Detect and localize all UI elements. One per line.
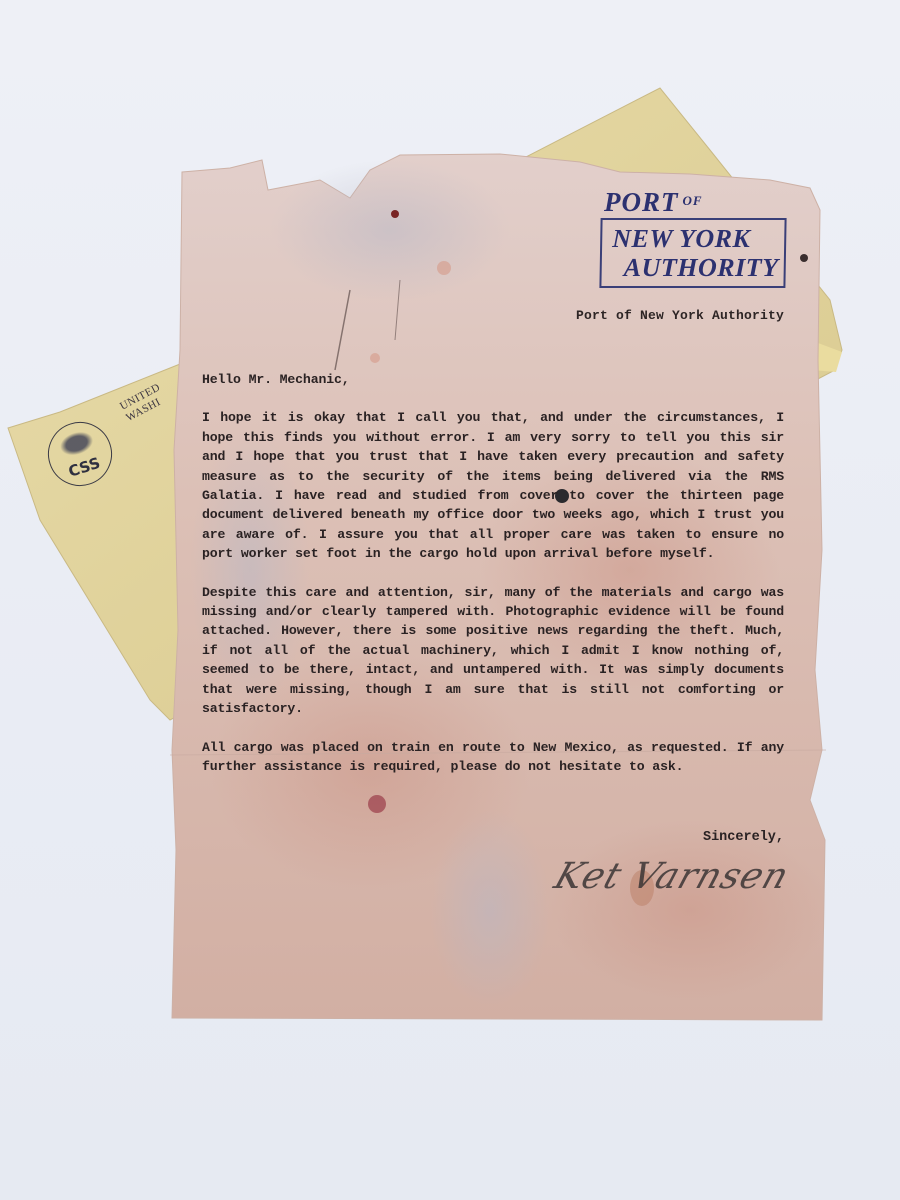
letter: PORTOF NEW YORK AUTHORITY Port of New Yo… bbox=[170, 150, 826, 1022]
sender-name: Port of New York Authority bbox=[576, 308, 784, 323]
letter-body: Hello Mr. Mechanic, I hope it is okay th… bbox=[202, 370, 784, 795]
letterhead-new-york: NEW YORK bbox=[612, 224, 777, 253]
letterhead-logo: PORTOF NEW YORK AUTHORITY bbox=[600, 186, 786, 288]
greeting: Hello Mr. Mechanic, bbox=[202, 370, 784, 389]
postmark-text: CSS bbox=[66, 454, 102, 481]
letterhead-port: PORTOF bbox=[604, 186, 786, 217]
signature: Ket Varnsen bbox=[550, 856, 795, 897]
paragraph: All cargo was placed on train en route t… bbox=[202, 738, 784, 777]
letterhead-box: NEW YORK AUTHORITY bbox=[599, 218, 786, 288]
closing: Sincerely, bbox=[703, 830, 784, 845]
eagle-icon bbox=[57, 428, 96, 459]
paragraph: Despite this care and attention, sir, ma… bbox=[202, 583, 784, 719]
letterhead-authority: AUTHORITY bbox=[623, 253, 776, 282]
paragraph: I hope it is okay that I call you that, … bbox=[202, 408, 784, 563]
photo-scene: CSS UNITED WASHI bbox=[0, 0, 900, 1200]
